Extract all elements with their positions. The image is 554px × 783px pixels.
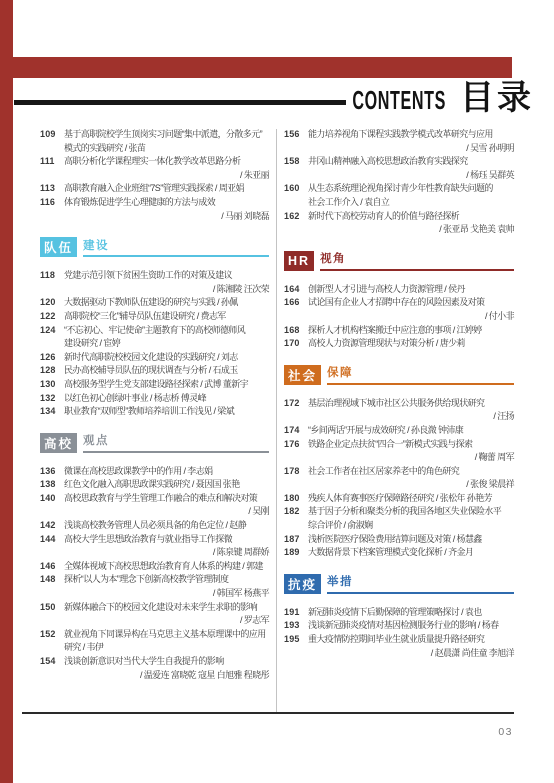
toc-entry: 189大数据背景下档案管理模式变化探析 / 齐金月 <box>284 546 514 560</box>
entry-text: 以红色初心创绿叶事业 / 杨志桥 傅灵峰 <box>64 392 269 406</box>
entry-text: 高校服务型学生党支部建设路径探索 / 武博 董新宇 <box>64 378 269 392</box>
entry-page-number: 144 <box>40 533 64 560</box>
entry-authors-line: / 张亚昂 戈艳美 袁帅 <box>308 223 514 237</box>
entry-title-line: 党建示范引领下贫困生资助工作的对策及建议 <box>64 269 269 283</box>
toc-entry: 113高职教育融入企业班组“7S”管理实践探索 / 周亚娟 <box>40 182 269 196</box>
entry-text: 铁路企业定点扶贫“四合一”新模式实践与探索/ 鞠蕾 周军 <box>308 438 514 465</box>
entry-title-line: 试论国有企业人才招聘中存在的风险因素及对策 <box>308 296 514 310</box>
toc-entry: 162新时代下高校劳动育人的价值与路径探析/ 张亚昂 戈艳美 袁帅 <box>284 210 514 237</box>
entry-title-line: 高校人力资源管理现状与对策分析 / 唐少莉 <box>308 337 514 351</box>
section-tag: HR <box>284 251 314 271</box>
toc-columns: 109基于高职院校学生顶岗实习问题“集中派遣，分散多元”模式的实践研究 / 张苗… <box>40 128 514 714</box>
entry-title-line: 高职教育融入企业班组“7S”管理实践探索 / 周亚娟 <box>64 182 269 196</box>
entry-text: 新时代下高校劳动育人的价值与路径探析/ 张亚昂 戈艳美 袁帅 <box>308 210 514 237</box>
entry-page-number: 122 <box>40 310 64 324</box>
toc-entry: 128民办高校辅导员队伍的现状调查与分析 / 石成玉 <box>40 364 269 378</box>
entry-text: 全媒体视域下高校思想政治教育育人体系的构建 / 郭建 <box>64 560 269 574</box>
entry-page-number: 111 <box>40 155 64 182</box>
toc-entry: 142浅谈高校教务管理人员必须具备的角色定位 / 赵静 <box>40 519 269 533</box>
entry-page-number: 142 <box>40 519 64 533</box>
section-tag: 队伍 <box>40 237 77 257</box>
entry-title-line: “乡间两话”开展与成效研究 / 孙良溦 钟沛康 <box>308 424 514 438</box>
entry-page-number: 156 <box>284 128 308 155</box>
entry-title-line: 大数据背景下档案管理模式变化探析 / 齐金月 <box>308 546 514 560</box>
entry-page-number: 158 <box>284 155 308 182</box>
entry-title-line: 就业视角下同课异构在马克思主义基本原理课中的应用 <box>64 628 269 642</box>
toc-entry: 122高职院校“三化”辅导员队伍建设研究 / 费志军 <box>40 310 269 324</box>
section-subtitle: 保障 <box>327 368 353 383</box>
entry-text: 高职教育融入企业班组“7S”管理实践探索 / 周亚娟 <box>64 182 269 196</box>
toc-entry: 146全媒体视域下高校思想政治教育育人体系的构建 / 郭建 <box>40 560 269 574</box>
toc-entry: 164创新型人才引进与高校人力资源管理 / 侯丹 <box>284 283 514 297</box>
entry-title-line: 浅析医院医疗保险费用结算问题及对策 / 杨慧鑫 <box>308 533 514 547</box>
toc-column-left: 109基于高职院校学生顶岗实习问题“集中派遣，分散多元”模式的实践研究 / 张苗… <box>40 128 269 714</box>
entry-authors-line: / 吴雪 孙明明 <box>308 142 514 156</box>
toc-entry: 191新冠肺炎疫情下后勤保障的管理策略探讨 / 袁也 <box>284 606 514 620</box>
entry-text: 探析人才机构档案搬迁中应注意的事项 / 江婷婷 <box>308 324 514 338</box>
entry-title-line: 铁路企业定点扶贫“四合一”新模式实践与探索 <box>308 438 514 452</box>
entry-text: 高校思政教育与学生管理工作融合的难点和解决对策/ 吴刚 <box>64 492 269 519</box>
toc-entry: 180残疾人体育赛事医疗保障路径研究 / 张松年 孙艳芳 <box>284 492 514 506</box>
toc-entry: 158井冈山精神融入高校思想政治教育实践探究/ 杨珏 吴群英 <box>284 155 514 182</box>
entry-title-line: 体育锻炼促进学生心理健康的方法与成效 <box>64 196 269 210</box>
title-english: CONTENTS <box>352 83 446 117</box>
entry-title-line: 基于高职院校学生顶岗实习问题“集中派遣，分散多元” <box>64 128 269 142</box>
entry-page-number: 195 <box>284 633 308 660</box>
entry-page-number: 124 <box>40 324 64 351</box>
entry-title-line: 研究 / 韦伊 <box>64 641 269 655</box>
entry-page-number: 152 <box>40 628 64 655</box>
entry-authors-line: / 吴刚 <box>64 505 269 519</box>
toc-entry: 174“乡间两话”开展与成效研究 / 孙良溦 钟沛康 <box>284 424 514 438</box>
entry-page-number: 148 <box>40 573 64 600</box>
section-subtitle: 视角 <box>320 254 346 269</box>
section-underline: 保障 <box>327 365 514 385</box>
toc-entry: 172基层治理视域下城市社区公共服务供给现状研究/ 汪扬 <box>284 397 514 424</box>
top-red-bar <box>0 57 512 78</box>
entry-text: 体育锻炼促进学生心理健康的方法与成效/ 马丽 刘晓磊 <box>64 196 269 223</box>
toc-entry: 120大数据驱动下教师队伍建设的研究与实践 / 孙佩 <box>40 296 269 310</box>
entry-page-number: 182 <box>284 505 308 532</box>
entry-authors-line: / 陈湘陵 汪次荣 <box>64 283 269 297</box>
entry-title-line: 高校服务型学生党支部建设路径探索 / 武博 董新宇 <box>64 378 269 392</box>
section-subtitle: 观点 <box>83 436 109 451</box>
entry-title-line: “不忘初心、牢记使命”主题教育下的高校师德师风 <box>64 324 269 338</box>
entry-page-number: 178 <box>284 465 308 492</box>
entry-title-line: 基层治理视域下城市社区公共服务供给现状研究 <box>308 397 514 411</box>
entry-title-line: 红色文化融入高职思政课实践研究 / 聂因国 张艳 <box>64 478 269 492</box>
entry-text: 基于因子分析和聚类分析的我国各地区失业保险水平综合评价 / 俞淑娴 <box>308 505 514 532</box>
entry-text: “不忘初心、牢记使命”主题教育下的高校师德师风建设研究 / 宦婷 <box>64 324 269 351</box>
toc-entry: 195重大疫情防控期间毕业生就业质量提升路径研究/ 赵晨潇 尚佳童 李旭洋 <box>284 633 514 660</box>
entry-text: 就业视角下同课异构在马克思主义基本原理课中的应用研究 / 韦伊 <box>64 628 269 655</box>
left-edge-red-bar <box>0 0 13 783</box>
toc-entry: 187浅析医院医疗保险费用结算问题及对策 / 杨慧鑫 <box>284 533 514 547</box>
entry-title-line: 从生态系统理论视角探讨青少年性教育缺失问题的 <box>308 182 514 196</box>
toc-entry: 111高职分析化学课程理实一体化教学改革思路分析/ 朱亚丽 <box>40 155 269 182</box>
entry-authors-line: / 杨珏 吴群英 <box>308 169 514 183</box>
entry-text: “乡间两话”开展与成效研究 / 孙良溦 钟沛康 <box>308 424 514 438</box>
entry-text: 高职院校“三化”辅导员队伍建设研究 / 费志军 <box>64 310 269 324</box>
entry-authors-line: / 马丽 刘晓磊 <box>64 210 269 224</box>
entry-title-line: 新冠肺炎疫情下后勤保障的管理策略探讨 / 袁也 <box>308 606 514 620</box>
entry-text: 基于高职院校学生顶岗实习问题“集中派遣，分散多元”模式的实践研究 / 张苗 <box>64 128 269 155</box>
entry-text: 井冈山精神融入高校思想政治教育实践探究/ 杨珏 吴群英 <box>308 155 514 182</box>
toc-entry: 118党建示范引领下贫困生资助工作的对策及建议/ 陈湘陵 汪次荣 <box>40 269 269 296</box>
page-title: CONTENTS 目录 <box>295 81 534 117</box>
toc-entry: 148探析“以人为本”理念下创新高校教学管理制度/ 韩国军 杨燕平 <box>40 573 269 600</box>
section-header-anti-epidemic: 抗疫举措 <box>284 574 514 594</box>
title-chinese: 目录 <box>460 81 534 115</box>
section-header-social-security: 社会保障 <box>284 365 514 385</box>
entry-title-line: 建设研究 / 宦婷 <box>64 337 269 351</box>
entry-title-line: 高职院校“三化”辅导员队伍建设研究 / 费志军 <box>64 310 269 324</box>
toc-entry: 126新时代高职院校校园文化建设的实践研究 / 刘志 <box>40 351 269 365</box>
entry-title-line: 高校思政教育与学生管理工作融合的难点和解决对策 <box>64 492 269 506</box>
entry-page-number: 109 <box>40 128 64 155</box>
entry-text: 浅谈创新意识对当代大学生自我提升的影响/ 温爱连 富晓乾 寇星 白旭雅 程晓彤 <box>64 655 269 682</box>
toc-column-right: 156能力培养视角下课程实践教学模式改革研究与应用/ 吴雪 孙明明158井冈山精… <box>284 128 514 714</box>
entry-page-number: 120 <box>40 296 64 310</box>
entry-title-line: 社会工作者在社区居家养老中的角色研究 <box>308 465 514 479</box>
entry-text: 探析“以人为本”理念下创新高校教学管理制度/ 韩国军 杨燕平 <box>64 573 269 600</box>
entry-title-line: 残疾人体育赛事医疗保障路径研究 / 张松年 孙艳芳 <box>308 492 514 506</box>
toc-entry: 193浅谈新冠肺炎疫情对基因检测服务行业的影响 / 杨春 <box>284 619 514 633</box>
entry-authors-line: / 张俊 梁晨祥 <box>308 478 514 492</box>
entry-page-number: 132 <box>40 392 64 406</box>
entry-page-number: 140 <box>40 492 64 519</box>
entry-title-line: 大数据驱动下教师队伍建设的研究与实践 / 孙佩 <box>64 296 269 310</box>
entry-text: 浅析医院医疗保险费用结算问题及对策 / 杨慧鑫 <box>308 533 514 547</box>
entry-title-line: 能力培养视角下课程实践教学模式改革研究与应用 <box>308 128 514 142</box>
toc-entry: 152就业视角下同课异构在马克思主义基本原理课中的应用研究 / 韦伊 <box>40 628 269 655</box>
entry-page-number: 116 <box>40 196 64 223</box>
entry-title-line: 探析“以人为本”理念下创新高校教学管理制度 <box>64 573 269 587</box>
entry-page-number: 128 <box>40 364 64 378</box>
section-tag: 抗疫 <box>284 574 321 594</box>
entry-page-number: 168 <box>284 324 308 338</box>
entry-title-line: 浅谈创新意识对当代大学生自我提升的影响 <box>64 655 269 669</box>
entry-page-number: 172 <box>284 397 308 424</box>
entry-title-line: 职业教育“双师型”教师培养培训工作浅见 / 梁斌 <box>64 405 269 419</box>
footer-rule <box>22 712 514 714</box>
section-subtitle: 建设 <box>83 241 109 256</box>
toc-entry: 156能力培养视角下课程实践教学模式改革研究与应用/ 吴雪 孙明明 <box>284 128 514 155</box>
entry-page-number: 176 <box>284 438 308 465</box>
entry-title-line: 创新型人才引进与高校人力资源管理 / 侯丹 <box>308 283 514 297</box>
entry-text: 重大疫情防控期间毕业生就业质量提升路径研究/ 赵晨潇 尚佳童 李旭洋 <box>308 633 514 660</box>
section-underline: 举措 <box>327 574 514 594</box>
toc-entry: 168探析人才机构档案搬迁中应注意的事项 / 江婷婷 <box>284 324 514 338</box>
section-underline: 建设 <box>83 237 269 257</box>
entry-authors-line: / 朱亚丽 <box>64 169 269 183</box>
entry-title-line: 新媒体融合下的校园文化建设对未来学生求职的影响 <box>64 601 269 615</box>
entry-text: 新媒体融合下的校园文化建设对未来学生求职的影响/ 罗志军 <box>64 601 269 628</box>
entry-page-number: 160 <box>284 182 308 209</box>
page-number: 03 <box>498 726 513 738</box>
entry-title-line: 井冈山精神融入高校思想政治教育实践探究 <box>308 155 514 169</box>
toc-entry: 166试论国有企业人才招聘中存在的风险因素及对策/ 付小非 <box>284 296 514 323</box>
section-header-hr-perspective: HR视角 <box>284 251 514 271</box>
toc-entry: 150新媒体融合下的校园文化建设对未来学生求职的影响/ 罗志军 <box>40 601 269 628</box>
entry-authors-line: / 陈泉键 周群娇 <box>64 546 269 560</box>
entry-page-number: 164 <box>284 283 308 297</box>
entry-authors-line: / 罗志军 <box>64 614 269 628</box>
entry-title-line: 新时代下高校劳动育人的价值与路径探析 <box>308 210 514 224</box>
entry-page-number: 126 <box>40 351 64 365</box>
entry-text: 新时代高职院校校园文化建设的实践研究 / 刘志 <box>64 351 269 365</box>
entry-page-number: 170 <box>284 337 308 351</box>
entry-text: 浅谈新冠肺炎疫情对基因检测服务行业的影响 / 杨春 <box>308 619 514 633</box>
entry-text: 从生态系统理论视角探讨青少年性教育缺失问题的社会工作介入 / 袁自立 <box>308 182 514 209</box>
entry-title-line: 模式的实践研究 / 张苗 <box>64 142 269 156</box>
entry-text: 微课在高校思政课教学中的作用 / 李志娟 <box>64 465 269 479</box>
entry-text: 试论国有企业人才招聘中存在的风险因素及对策/ 付小非 <box>308 296 514 323</box>
entry-text: 大数据背景下档案管理模式变化探析 / 齐金月 <box>308 546 514 560</box>
toc-entry: 144高校大学生思想政治教育与就业指导工作探微/ 陈泉键 周群娇 <box>40 533 269 560</box>
toc-entry: 130高校服务型学生党支部建设路径探索 / 武博 董新宇 <box>40 378 269 392</box>
entry-text: 高校人力资源管理现状与对策分析 / 唐少莉 <box>308 337 514 351</box>
section-tag: 社会 <box>284 365 321 385</box>
entry-title-line: 全媒体视域下高校思想政治教育育人体系的构建 / 郭建 <box>64 560 269 574</box>
entry-text: 残疾人体育赛事医疗保障路径研究 / 张松年 孙艳芳 <box>308 492 514 506</box>
section-header-team-building: 队伍建设 <box>40 237 269 257</box>
toc-entry: 138红色文化融入高职思政课实践研究 / 聂因国 张艳 <box>40 478 269 492</box>
toc-entry: 178社会工作者在社区居家养老中的角色研究/ 张俊 梁晨祥 <box>284 465 514 492</box>
section-tag: 高校 <box>40 433 77 453</box>
entry-page-number: 134 <box>40 405 64 419</box>
toc-entry: 182基于因子分析和聚类分析的我国各地区失业保险水平综合评价 / 俞淑娴 <box>284 505 514 532</box>
toc-entry: 140高校思政教育与学生管理工作融合的难点和解决对策/ 吴刚 <box>40 492 269 519</box>
entry-title-line: 新时代高职院校校园文化建设的实践研究 / 刘志 <box>64 351 269 365</box>
section-underline: 视角 <box>320 251 514 271</box>
entry-text: 浅谈高校教务管理人员必须具备的角色定位 / 赵静 <box>64 519 269 533</box>
section-header-university-views: 高校观点 <box>40 433 269 453</box>
entry-page-number: 193 <box>284 619 308 633</box>
toc-entry: 160从生态系统理论视角探讨青少年性教育缺失问题的社会工作介入 / 袁自立 <box>284 182 514 209</box>
entry-text: 高校大学生思想政治教育与就业指导工作探微/ 陈泉键 周群娇 <box>64 533 269 560</box>
entry-authors-line: / 温爱连 富晓乾 寇星 白旭雅 程晓彤 <box>64 669 269 683</box>
entry-authors-line: / 赵晨潇 尚佳童 李旭洋 <box>308 647 514 661</box>
entry-text: 创新型人才引进与高校人力资源管理 / 侯丹 <box>308 283 514 297</box>
entry-text: 社会工作者在社区居家养老中的角色研究/ 张俊 梁晨祥 <box>308 465 514 492</box>
entry-title-line: 综合评价 / 俞淑娴 <box>308 519 514 533</box>
entry-title-line: 以红色初心创绿叶事业 / 杨志桥 傅灵峰 <box>64 392 269 406</box>
entry-title-line: 微课在高校思政课教学中的作用 / 李志娟 <box>64 465 269 479</box>
entry-page-number: 154 <box>40 655 64 682</box>
toc-entry: 136微课在高校思政课教学中的作用 / 李志娟 <box>40 465 269 479</box>
entry-page-number: 113 <box>40 182 64 196</box>
entry-page-number: 138 <box>40 478 64 492</box>
toc-entry: 132以红色初心创绿叶事业 / 杨志桥 傅灵峰 <box>40 392 269 406</box>
entry-title-line: 高校大学生思想政治教育与就业指导工作探微 <box>64 533 269 547</box>
entry-authors-line: / 鞠蕾 周军 <box>308 451 514 465</box>
entry-title-line: 高职分析化学课程理实一体化教学改革思路分析 <box>64 155 269 169</box>
entry-title-line: 民办高校辅导员队伍的现状调查与分析 / 石成玉 <box>64 364 269 378</box>
column-divider <box>276 129 277 714</box>
entry-page-number: 166 <box>284 296 308 323</box>
entry-page-number: 146 <box>40 560 64 574</box>
entry-page-number: 150 <box>40 601 64 628</box>
toc-entry: 109基于高职院校学生顶岗实习问题“集中派遣，分散多元”模式的实践研究 / 张苗 <box>40 128 269 155</box>
entry-title-line: 重大疫情防控期间毕业生就业质量提升路径研究 <box>308 633 514 647</box>
entry-title-line: 探析人才机构档案搬迁中应注意的事项 / 江婷婷 <box>308 324 514 338</box>
entry-authors-line: / 韩国军 杨燕平 <box>64 587 269 601</box>
entry-page-number: 162 <box>284 210 308 237</box>
entry-page-number: 187 <box>284 533 308 547</box>
entry-authors-line: / 付小非 <box>308 310 514 324</box>
entry-title-line: 浅谈高校教务管理人员必须具备的角色定位 / 赵静 <box>64 519 269 533</box>
toc-entry: 124“不忘初心、牢记使命”主题教育下的高校师德师风建设研究 / 宦婷 <box>40 324 269 351</box>
entry-text: 高职分析化学课程理实一体化教学改革思路分析/ 朱亚丽 <box>64 155 269 182</box>
toc-entry: 154浅谈创新意识对当代大学生自我提升的影响/ 温爱连 富晓乾 寇星 白旭雅 程… <box>40 655 269 682</box>
section-subtitle: 举措 <box>327 577 353 592</box>
entry-text: 大数据驱动下教师队伍建设的研究与实践 / 孙佩 <box>64 296 269 310</box>
toc-entry: 176铁路企业定点扶贫“四合一”新模式实践与探索/ 鞠蕾 周军 <box>284 438 514 465</box>
toc-page: CONTENTS 目录 109基于高职院校学生顶岗实习问题“集中派遣，分散多元”… <box>0 0 554 783</box>
entry-text: 民办高校辅导员队伍的现状调查与分析 / 石成玉 <box>64 364 269 378</box>
entry-text: 能力培养视角下课程实践教学模式改革研究与应用/ 吴雪 孙明明 <box>308 128 514 155</box>
entry-text: 新冠肺炎疫情下后勤保障的管理策略探讨 / 袁也 <box>308 606 514 620</box>
entry-page-number: 191 <box>284 606 308 620</box>
entry-title-line: 社会工作介入 / 袁自立 <box>308 196 514 210</box>
toc-entry: 134职业教育“双师型”教师培养培训工作浅见 / 梁斌 <box>40 405 269 419</box>
entry-text: 红色文化融入高职思政课实践研究 / 聂因国 张艳 <box>64 478 269 492</box>
entry-page-number: 118 <box>40 269 64 296</box>
entry-page-number: 136 <box>40 465 64 479</box>
toc-entry: 116体育锻炼促进学生心理健康的方法与成效/ 马丽 刘晓磊 <box>40 196 269 223</box>
entry-page-number: 130 <box>40 378 64 392</box>
entry-text: 党建示范引领下贫困生资助工作的对策及建议/ 陈湘陵 汪次荣 <box>64 269 269 296</box>
entry-page-number: 180 <box>284 492 308 506</box>
entry-authors-line: / 汪扬 <box>308 410 514 424</box>
toc-entry: 170高校人力资源管理现状与对策分析 / 唐少莉 <box>284 337 514 351</box>
entry-page-number: 174 <box>284 424 308 438</box>
entry-text: 基层治理视域下城市社区公共服务供给现状研究/ 汪扬 <box>308 397 514 424</box>
entry-title-line: 基于因子分析和聚类分析的我国各地区失业保险水平 <box>308 505 514 519</box>
entry-page-number: 189 <box>284 546 308 560</box>
entry-text: 职业教育“双师型”教师培养培训工作浅见 / 梁斌 <box>64 405 269 419</box>
entry-title-line: 浅谈新冠肺炎疫情对基因检测服务行业的影响 / 杨春 <box>308 619 514 633</box>
section-underline: 观点 <box>83 433 269 453</box>
